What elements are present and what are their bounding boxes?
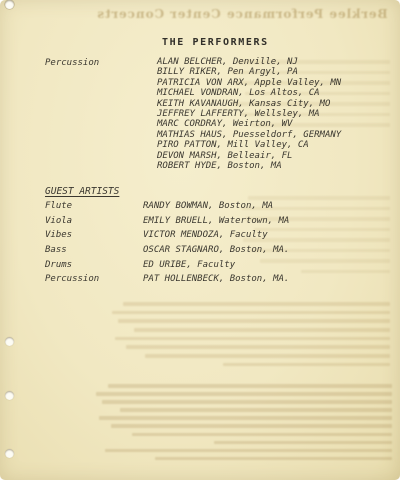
instrument-label: Bass — [45, 245, 143, 255]
artist-name: RANDY BOWMAN, Boston, MA — [143, 201, 273, 211]
performer-entry: BILLY RIKER, Pen Argyl, PA — [157, 67, 341, 77]
performer-entry: KEITH KAVANAUGH, Kansas City, MO — [157, 99, 341, 109]
bleed-through-header: Berklee Performance Center Concerts — [92, 7, 392, 21]
performer-entry: MICHAEL VONDRAN, Los Altos, CA — [157, 88, 341, 98]
artist-name: ED URIBE, Faculty — [143, 260, 235, 270]
instrument-label: Vibes — [45, 230, 143, 240]
guest-artist-row: Percussion PAT HOLLENBECK, Boston, MA. — [45, 274, 375, 289]
performer-entry: DEVON MARSH, Belleair, FL — [157, 151, 341, 161]
performer-entry: MATHIAS HAUS, Puesseldorf, GERMANY — [157, 130, 341, 140]
guest-artists-list: Flute RANDY BOWMAN, Boston, MA Viola EMI… — [45, 201, 375, 289]
artist-name: OSCAR STAGNARO, Boston, MA. — [143, 245, 289, 255]
guest-artist-row: Viola EMILY BRUELL, Watertown, MA — [45, 216, 375, 231]
guest-artists-heading: GUEST ARTISTS — [45, 186, 119, 197]
artist-name: VICTOR MENDOZA, Faculty — [143, 230, 268, 240]
artist-name: PAT HOLLENBECK, Boston, MA. — [143, 274, 289, 284]
punch-hole — [5, 0, 14, 9]
punch-hole — [5, 391, 14, 400]
performer-entry: PIRO PATTON, Mill Valley, CA — [157, 140, 341, 150]
instrument-label: Viola — [45, 216, 143, 226]
instrument-label: Drums — [45, 260, 143, 270]
performer-entry: ALAN BELCHER, Denville, NJ — [157, 57, 341, 67]
performer-entry: JEFFREY LAFFERTY, Wellsley, MA — [157, 109, 341, 119]
bleed-through-text — [112, 302, 390, 372]
scanned-page: Berklee Performance Center Concerts THE … — [0, 0, 400, 480]
performer-entry: PATRICIA VON ARX, Apple Valley, MN — [157, 78, 341, 88]
punch-hole — [5, 449, 14, 458]
punch-hole — [5, 337, 14, 346]
instrument-label: Percussion — [45, 274, 143, 284]
guest-artist-row: Drums ED URIBE, Faculty — [45, 260, 375, 275]
artist-name: EMILY BRUELL, Watertown, MA — [143, 216, 289, 226]
guest-artist-row: Vibes VICTOR MENDOZA, Faculty — [45, 230, 375, 245]
performers-list: ALAN BELCHER, Denville, NJ BILLY RIKER, … — [157, 57, 341, 171]
performer-entry: MARC CORDRAY, Weirton, WV — [157, 119, 341, 129]
guest-artist-row: Flute RANDY BOWMAN, Boston, MA — [45, 201, 375, 216]
guest-artist-row: Bass OSCAR STAGNARO, Boston, MA. — [45, 245, 375, 260]
performer-entry: ROBERT HYDE, Boston, MA — [157, 161, 341, 171]
instrument-label: Flute — [45, 201, 143, 211]
page-title: THE PERFORMERS — [162, 37, 269, 48]
bleed-through-text — [96, 384, 392, 465]
performers-section-label: Percussion — [45, 58, 99, 68]
